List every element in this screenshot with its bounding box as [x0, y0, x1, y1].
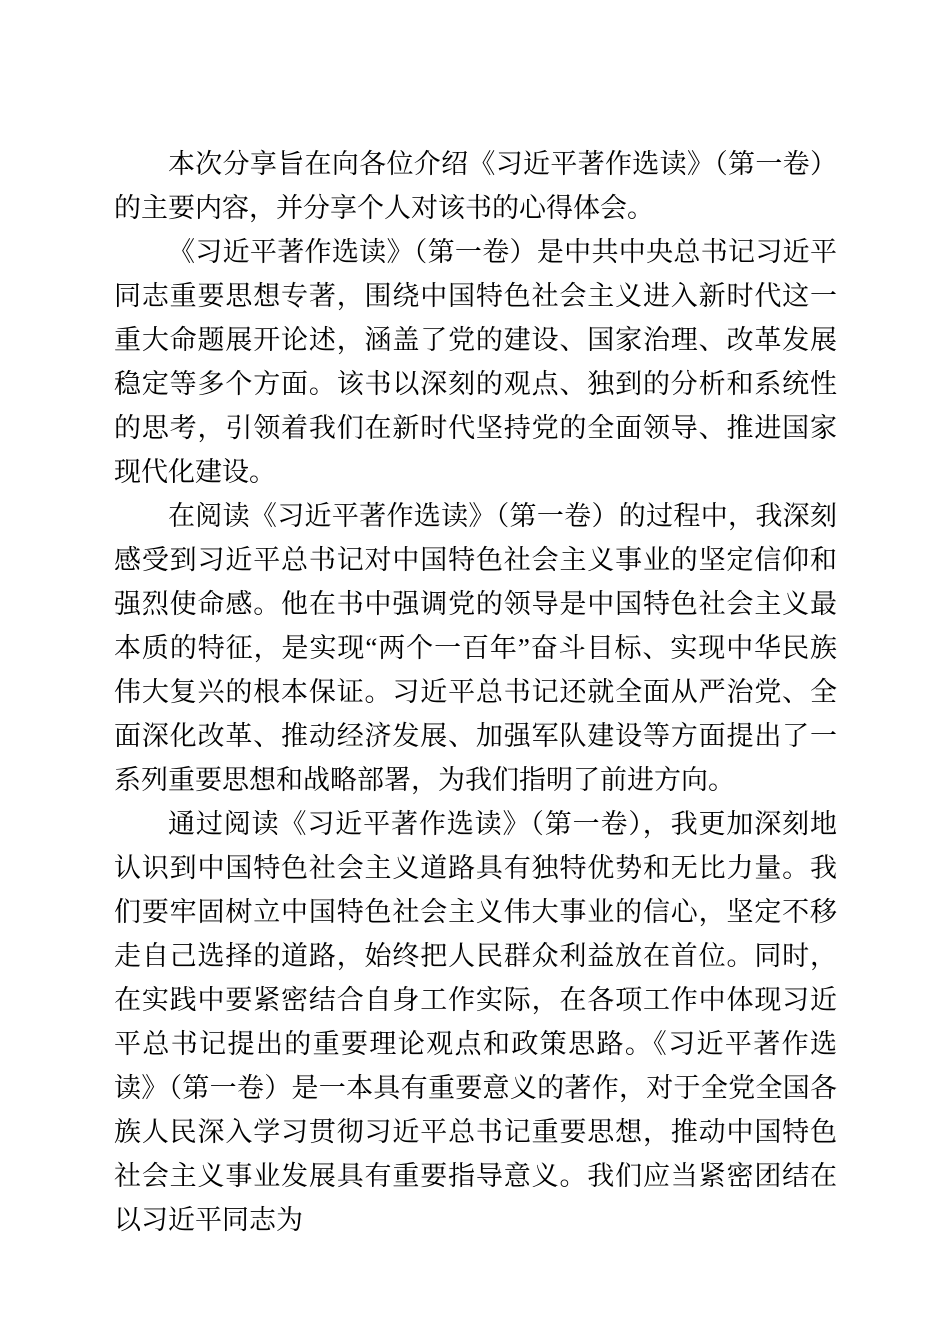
paragraph-intro: 本次分享旨在向各位介绍《习近平著作选读》（第一卷）的主要内容，并分享个人对该书的…: [114, 142, 837, 230]
document-page: 本次分享旨在向各位介绍《习近平著作选读》（第一卷）的主要内容，并分享个人对该书的…: [0, 0, 950, 1344]
paragraph-reading-reflection: 在阅读《习近平著作选读》（第一卷）的过程中，我深刻感受到习近平总书记对中国特色社…: [114, 494, 837, 802]
paragraph-conclusion: 通过阅读《习近平著作选读》（第一卷），我更加深刻地认识到中国特色社会主义道路具有…: [114, 802, 837, 1242]
paragraph-book-overview: 《习近平著作选读》（第一卷）是中共中央总书记习近平同志重要思想专著，围绕中国特色…: [114, 230, 837, 494]
